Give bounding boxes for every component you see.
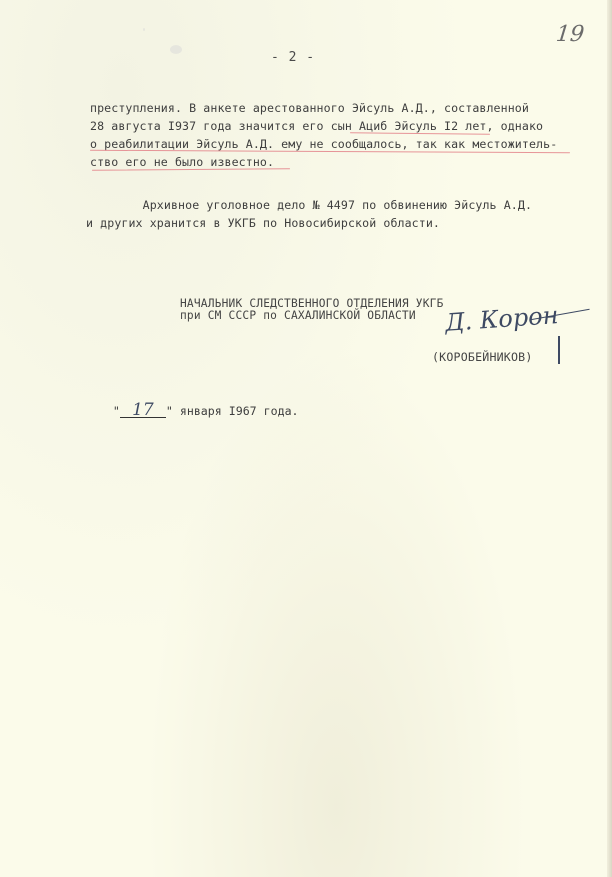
- paragraph-1-line-3: о реабилитации Эйсуль А.Д. ему не сообща…: [90, 137, 557, 151]
- signatory-name: (КОРОБЕЙНИКОВ): [432, 351, 533, 363]
- paragraph-1-line-4: ство его не было известно.: [90, 155, 274, 169]
- paragraph-1-line-1: преступления. В анкете арестованного Эйс…: [90, 101, 529, 115]
- paper-speck: [143, 28, 145, 31]
- page-marker: - 2 -: [271, 50, 315, 65]
- paragraph-1-line-2: 28 августа I937 года значится его сын Ац…: [90, 119, 543, 133]
- red-underline-residence: [92, 168, 290, 170]
- paragraph-2-line-1: Архивное уголовное дело № 4497 по обвине…: [86, 198, 532, 212]
- paper-stain: [170, 45, 182, 54]
- date-open-quote: ": [113, 404, 120, 418]
- date-month-year: января I967 года.: [173, 404, 299, 418]
- document-page: 19 - 2 - преступления. В анкете арестова…: [0, 0, 612, 877]
- red-underline-son-name: [350, 132, 490, 134]
- paragraph-2-line-2: и других хранится в УКГБ по Новосибирско…: [86, 216, 440, 230]
- date-day-handwritten: 17: [120, 403, 166, 418]
- signature-bracket-stroke: [558, 336, 560, 364]
- handwritten-signature: Д. Корон: [444, 301, 559, 337]
- document-date: "17" января I967 года.: [85, 389, 299, 432]
- archive-page-number: 19: [555, 22, 586, 47]
- date-close-quote: ": [166, 404, 173, 418]
- signatory-title-line-2: при СМ СССР по САХАЛИНСКОЙ ОБЛАСТИ: [180, 310, 416, 322]
- page-edge-shadow: [607, 0, 612, 877]
